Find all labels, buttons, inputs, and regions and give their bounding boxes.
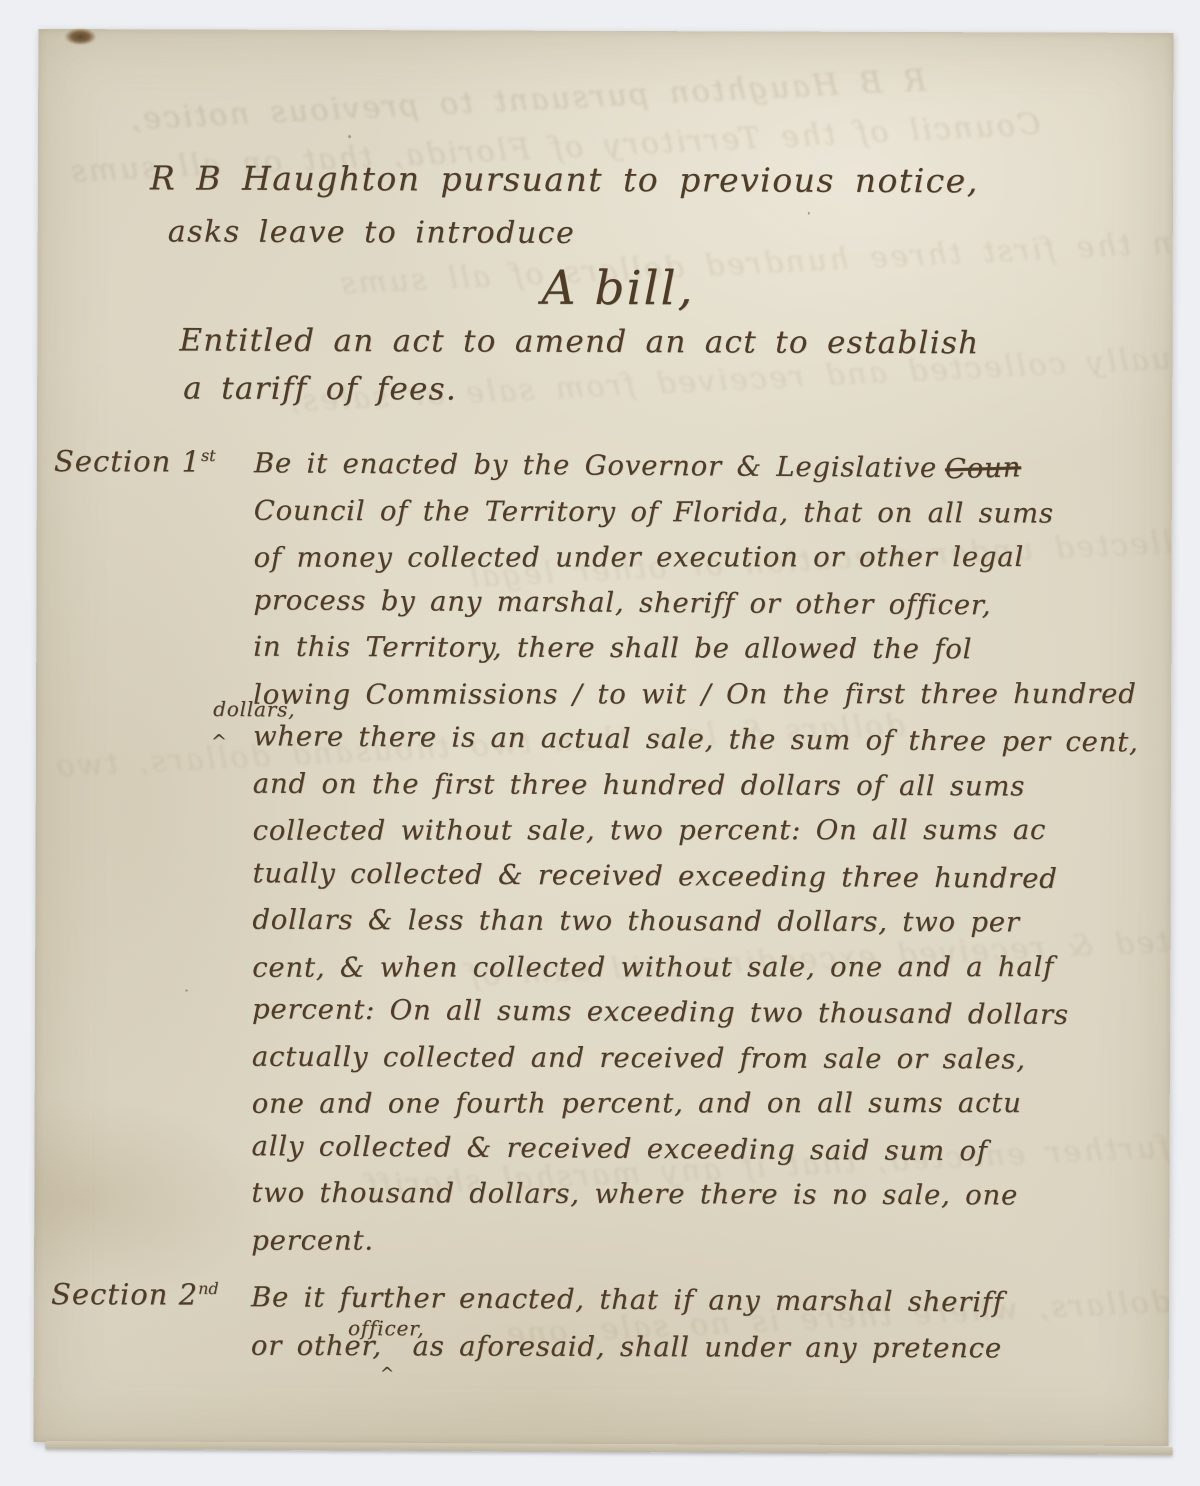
- manuscript-line: percent.: [251, 1217, 1143, 1263]
- manuscript-line: percent: On all sums exceeding two thous…: [252, 987, 1144, 1039]
- manuscript-line: ally collected & received exceeding said…: [251, 1124, 1143, 1176]
- manuscript-page: R B Haughton pursuant to previous notice…: [34, 29, 1174, 1446]
- manuscript-line-text: Be it enacted by the Governor & Legislat…: [254, 447, 937, 484]
- manuscript-line: in this Territory, there shall be allowe…: [253, 625, 1145, 674]
- manuscript-text: R B Haughton pursuant to previous notice…: [34, 29, 1174, 1446]
- manuscript-line: dollars, ^ where there is an actual sale…: [253, 714, 1145, 766]
- intro-line: asks leave to introduce: [168, 206, 1147, 261]
- entitled-line: a tariff of fees.: [183, 366, 1146, 416]
- manuscript-line: dollars & less than two thousand dollars…: [252, 898, 1144, 947]
- manuscript-line: of money collected under execution or ot…: [254, 535, 1146, 581]
- section-label-ordinal: st: [201, 446, 216, 465]
- manuscript-line: actually collected and received from sal…: [252, 1034, 1144, 1083]
- section-2: Section 2nd Be it further enacted, that …: [146, 1275, 1143, 1372]
- manuscript-line: or other,officer,^ as aforesaid, shall u…: [251, 1323, 1143, 1373]
- inserted-word: officer,: [348, 1318, 424, 1338]
- section-label-text: Section 1: [54, 444, 201, 479]
- section-label-text: Section 2: [51, 1277, 198, 1312]
- manuscript-line: Council of the Territory of Florida, tha…: [254, 488, 1146, 537]
- manuscript-line: tually collected & received exceeding th…: [252, 851, 1144, 903]
- manuscript-line: process by any marshal, sheriff or other…: [253, 578, 1145, 630]
- caret-mark: ^: [211, 720, 228, 766]
- section-2-label: Section 2nd: [51, 1277, 219, 1312]
- section-1-body: Be it enacted by the Governor & Legislat…: [251, 443, 1146, 1265]
- manuscript-line: cent, & when collected without sale, one…: [252, 944, 1144, 990]
- struck-out-word: Coun: [944, 445, 1021, 493]
- manuscript-line-text: where there is an actual sale, the sum o…: [253, 720, 1139, 758]
- manuscript-line-text: as aforesaid, shall under any pretence: [412, 1330, 1002, 1364]
- manuscript-line: collected without sale, two percent: On …: [253, 808, 1145, 854]
- section-label-ordinal: nd: [198, 1279, 219, 1298]
- manuscript-line: one and one fourth percent, and on all s…: [252, 1081, 1144, 1127]
- section-1-label: Section 1st: [54, 444, 216, 479]
- caret-mark: ^: [380, 1351, 395, 1398]
- manuscript-line: two thousand dollars, where there is no …: [251, 1171, 1143, 1220]
- intro-line: R B Haughton pursuant to previous notice…: [150, 149, 1147, 209]
- inserted-word: dollars,: [213, 699, 295, 720]
- manuscript-line: and on the first three hundred dollars o…: [253, 761, 1145, 810]
- manuscript-line: lowing Commissions / to wit / On the fir…: [253, 671, 1145, 717]
- bill-title: A bill,: [149, 258, 1086, 319]
- section-2-body: Be it further enacted, that if any marsh…: [251, 1276, 1143, 1373]
- entitled-line: Entitled an act to amend an act to estab…: [179, 317, 1146, 369]
- scan-background: { "meta": { "kind": "scanned handwritten…: [0, 0, 1200, 1486]
- manuscript-line: Be it enacted by the Governor & Legislat…: [254, 441, 1146, 493]
- section-1: Section 1st Be it enacted by the Governo…: [146, 442, 1146, 1264]
